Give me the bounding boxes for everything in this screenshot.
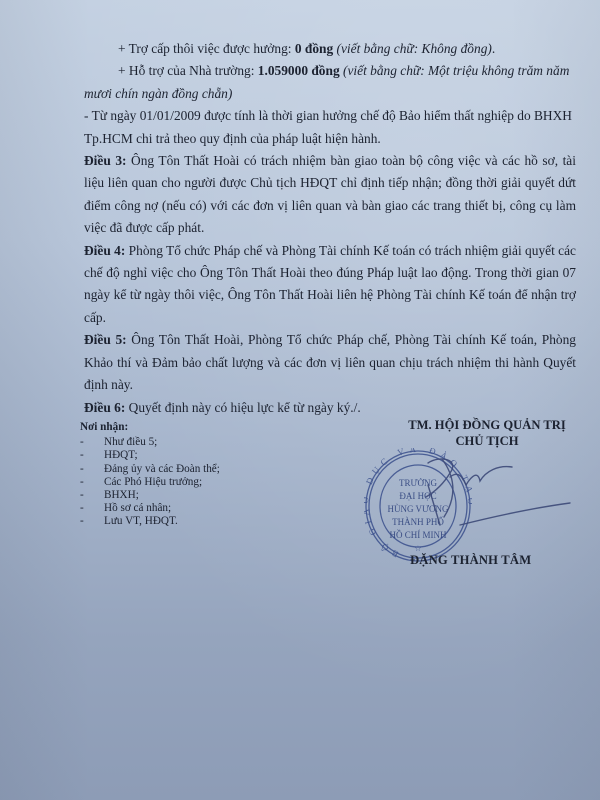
- insurance-note-1: - Từ ngày 01/01/2009 được tính là thời g…: [84, 105, 576, 127]
- severance-allowance-line: + Trợ cấp thôi việc được hưởng: 0 đồng (…: [84, 38, 576, 60]
- document-body: + Trợ cấp thôi việc được hưởng: 0 đồng (…: [84, 38, 576, 419]
- school-support-words-cont: mươi chín ngàn đồng chẵn): [84, 83, 576, 105]
- signer-name: ĐẶNG THÀNH TÂM: [410, 553, 531, 568]
- recipient-item: -Lưu VT, HĐQT.: [80, 515, 220, 528]
- article-6-label: Điều 6:: [84, 400, 125, 415]
- handwritten-signature-icon: [420, 455, 580, 535]
- recipient-item: -Các Phó Hiệu trưởng;: [80, 476, 220, 489]
- recipient-item: -Như điều 5;: [80, 436, 220, 449]
- article-5-label: Điều 5:: [84, 332, 127, 347]
- recipient-item: -BHXH;: [80, 489, 220, 502]
- signature-heading: TM. HỘI ĐỒNG QUẢN TRỊ CHỦ TỊCH: [382, 417, 592, 449]
- article-5: Điều 5: Ông Tôn Thất Hoài, Phòng Tổ chức…: [84, 329, 576, 396]
- chairman-title: CHỦ TỊCH: [382, 433, 592, 449]
- recipient-item: -Hồ sơ cá nhân;: [80, 502, 220, 515]
- support-amount-words: (viết bằng chữ: Một triệu không trăm năm: [343, 63, 569, 78]
- stamp-star-icon: ☆: [414, 544, 421, 553]
- article-3-label: Điều 3:: [84, 153, 126, 168]
- recipients-block: Nơi nhận: -Như điều 5; -HĐQT; -Đảng ủy v…: [80, 421, 220, 529]
- support-amount: 1.059000 đồng: [258, 63, 340, 78]
- article-4: Điều 4: Phòng Tổ chức Pháp chế và Phòng …: [84, 240, 576, 330]
- article-6: Điều 6: Quyết định này có hiệu lực kể từ…: [84, 397, 576, 419]
- severance-amount-words: (viết bằng chữ: Không đồng): [337, 41, 492, 56]
- recipients-title: Nơi nhận:: [80, 421, 220, 434]
- article-3: Điều 3: Ông Tôn Thất Hoài có trách nhiệm…: [84, 150, 576, 240]
- article-4-label: Điều 4:: [84, 243, 125, 258]
- school-support-line: + Hỗ trợ của Nhà trường: 1.059000 đồng (…: [84, 60, 576, 82]
- severance-amount: 0 đồng: [295, 41, 333, 56]
- board-title: TM. HỘI ĐỒNG QUẢN TRỊ: [382, 417, 592, 433]
- recipient-item: -HĐQT;: [80, 449, 220, 462]
- recipient-item: -Đảng ủy và các Đoàn thể;: [80, 463, 220, 476]
- insurance-note-2: Tp.HCM chi trả theo quy định của pháp lu…: [84, 128, 576, 150]
